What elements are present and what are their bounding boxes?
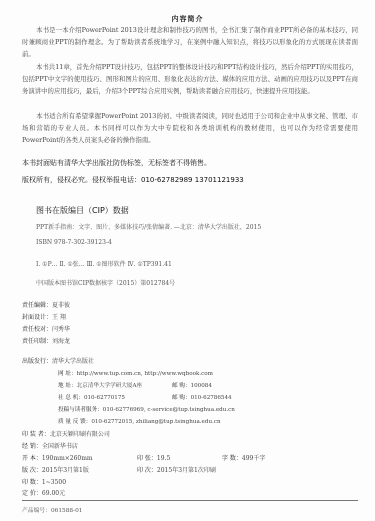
product-code: 产品编号：061588-01 xyxy=(22,505,82,514)
print-sheets: 印 张：19.5 xyxy=(137,453,170,462)
cip-heading: 图书在版编目（CIP）数据 xyxy=(36,205,129,216)
cip-isbn: ISBN 978-7-302-39123-4 xyxy=(36,239,112,246)
credit-editor: 责任编辑：夏非彼 xyxy=(22,300,70,309)
anti-counterfeit-notice: 本书封面贴有清华大学出版社防伪标签，无标签者不得销售。 xyxy=(22,158,211,168)
print-run: 印 数：1~3500 xyxy=(22,477,66,486)
publisher-postcode: 邮 购：100084 xyxy=(172,381,212,389)
publisher: 出版发行：清华大学出版社 xyxy=(22,356,94,365)
cip-classification: Ⅰ. ①P… Ⅱ. ①张… Ⅲ. ①图形软件 Ⅳ. ①TP391.41 xyxy=(36,259,172,268)
printer: 印 装 者：北京天颖印刷有限公司 xyxy=(22,429,110,438)
cip-record-number: 中国版本图书馆CIP数据核字（2015）第012784号 xyxy=(36,278,175,287)
credit-proofreader: 责任校对：闫秀华 xyxy=(22,324,70,333)
publisher-switchboard-row: 社 总 机：010-62770175 邮 购：010-62786544 xyxy=(58,393,125,401)
credit-cover-design: 封面设计：王 翔 xyxy=(22,312,66,321)
intro-text-1: 本书是一本介绍PowerPoint 2013设计理念和制作技巧的图书，全书汇集了… xyxy=(22,26,358,58)
impression: 印 次：2015年3月第1次印刷 xyxy=(137,465,216,474)
publisher-quality-feedback: 质 量 反 馈：010-62772015, zhiliang@tup.tsing… xyxy=(58,417,221,425)
price: 定 价：69.00元 xyxy=(22,488,65,497)
intro-text-3: 本书适合所有希望掌握PowerPoint 2013的初、中级读者阅读，同时也适用… xyxy=(22,112,358,144)
format-row: 开 本：190mm×260mm 印 张：19.5 字 数：499千字 xyxy=(22,453,362,462)
intro-paragraph-1: 本书是一本介绍PowerPoint 2013设计理念和制作技巧的图书，全书汇集了… xyxy=(22,24,358,61)
publisher-mail-order: 邮 购：010-62786544 xyxy=(172,393,232,401)
publisher-address-row: 地 址：北京清华大学学研大厦A座 邮 购：100084 xyxy=(58,381,142,389)
publisher-website: 网 址：http://www.tup.com.cn, http://www.wq… xyxy=(58,369,213,377)
credit-printing-supervisor: 责任印制：刘海龙 xyxy=(22,336,70,345)
distributor: 经 销：全国新华书店 xyxy=(22,441,78,450)
cip-title-line: PPT新手指南：文字、图片、多媒体技巧/张倩编著. —北京：清华大学出版社，20… xyxy=(36,222,261,231)
word-count: 字 数：499千字 xyxy=(222,453,265,462)
edition-row: 版 次：2015年3月第1版 印 次：2015年3月第1次印刷 xyxy=(22,465,362,474)
intro-text-2: 本书共11章，首先介绍PPT设计技巧，包括PPT的整体设计技巧和PPT结构设计技… xyxy=(22,63,358,95)
intro-paragraph-3: 本书适合所有希望掌握PowerPoint 2013的初、中级读者阅读，同时也适用… xyxy=(22,110,358,147)
divider xyxy=(22,500,358,501)
page-title: 内容简介 xyxy=(0,14,375,24)
copyright-notice: 版权所有，侵权必究。侵权举报电话：010-62782989 1370112193… xyxy=(22,175,244,185)
publisher-reader-service: 投稿与读者服务：010-62776969, c-service@tup.tsin… xyxy=(58,405,235,413)
intro-paragraph-2: 本书共11章，首先介绍PPT设计技巧，包括PPT的整体设计技巧和PPT结构设计技… xyxy=(22,61,358,98)
